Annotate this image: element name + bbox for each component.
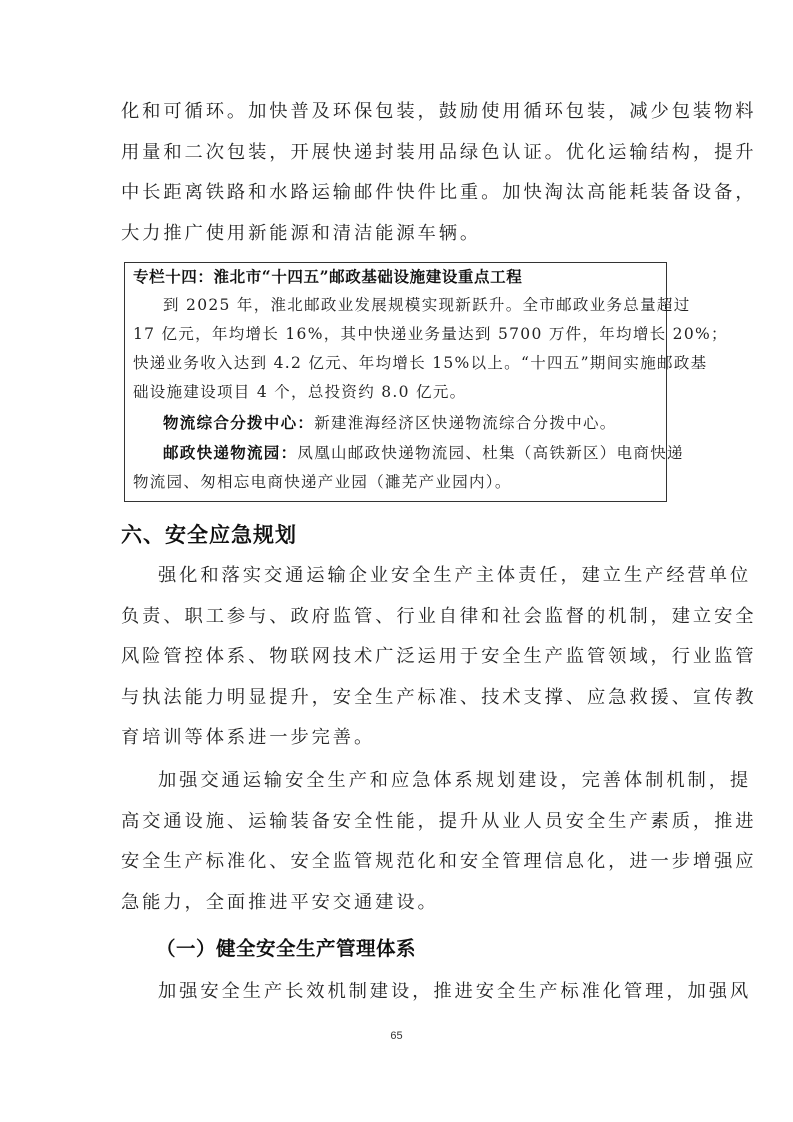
intro-paragraph: 化和可循环。加快普及环保包装，鼓励使用循环包装，减少包装物料 用量和二次包装，开… (121, 92, 671, 254)
section-heading: 六、安全应急规划 (121, 519, 297, 549)
subsection-heading: （一）健全安全生产管理体系 (156, 933, 416, 961)
paragraph-line: 安全生产标准化、安全监管规范化和安全管理信息化，进一步增强应 (121, 842, 671, 883)
paragraph-line: 强化和落实交通运输企业安全生产主体责任，建立生产经营单位 (121, 556, 671, 597)
paragraph-line: 高交通设施、运输装备安全性能，提升从业人员安全生产素质，推进 (121, 802, 671, 843)
page-number: 65 (0, 1030, 793, 1042)
paragraph-line: 大力推广使用新能源和清洁能源车辆。 (121, 214, 671, 255)
box-item-label: 物流综合分拨中心： (163, 413, 314, 432)
box-summary-line: 到 2025 年，淮北邮政业发展规模实现新跃升。全市邮政业务总量超过 (163, 293, 691, 315)
box-item-text-continuation: 物流园、匆相忘电商快递产业园（濉芜产业园内）。 (133, 470, 512, 492)
box-summary-line: 17 亿元，年均增长 16%，其中快递业务量达到 5700 万件，年均增长 20… (133, 322, 728, 344)
section-paragraph-1: 强化和落实交通运输企业安全生产主体责任，建立生产经营单位 负责、职工参与、政府监… (121, 556, 671, 759)
box-item-label: 邮政快递物流园： (163, 443, 297, 462)
section-paragraph-2: 加强交通运输安全生产和应急体系规划建设，完善体制机制，提 高交通设施、运输装备安… (121, 761, 671, 923)
paragraph-line: 中长距离铁路和水路运输邮件快件比重。加快淘汰高能耗装备设备， (121, 173, 671, 214)
box-item-postal-park: 邮政快递物流园：凤凰山邮政快递物流园、杜集（高铁新区）电商快递 (163, 441, 684, 463)
paragraph-line: 加强交通运输安全生产和应急体系规划建设，完善体制机制，提 (121, 761, 671, 802)
box-item-logistics-center: 物流综合分拨中心：新建淮海经济区快递物流综合分拨中心。 (163, 411, 617, 433)
paragraph-line: 急能力，全面推进平安交通建设。 (121, 883, 671, 924)
subsection-paragraph: 加强安全生产长效机制建设，推进安全生产标准化管理，加强风 (121, 972, 671, 1013)
box-item-text: 新建淮海经济区快递物流综合分拨中心。 (314, 414, 616, 432)
paragraph-line: 加强安全生产长效机制建设，推进安全生产标准化管理，加强风 (121, 972, 671, 1013)
paragraph-line: 与执法能力明显提升，安全生产标准、技术支撑、应急救援、宣传教 (121, 678, 671, 719)
box-item-text: 凤凰山邮政快递物流园、杜集（高铁新区）电商快递 (297, 444, 683, 462)
paragraph-line: 化和可循环。加快普及环保包装，鼓励使用循环包装，减少包装物料 (121, 92, 671, 133)
paragraph-line: 育培训等体系进一步完善。 (121, 718, 671, 759)
feature-box-title: 专栏十四：淮北市“十四五”邮政基础设施建设重点工程 (133, 265, 522, 287)
feature-box: 专栏十四：淮北市“十四五”邮政基础设施建设重点工程 到 2025 年，淮北邮政业… (124, 262, 667, 502)
box-summary-line: 快递业务收入达到 4.2 亿元、年均增长 15%以上。“十四五”期间实施邮政基 (133, 351, 707, 373)
box-summary-line: 础设施建设项目 4 个，总投资约 8.0 亿元。 (133, 380, 466, 402)
document-page: 化和可循环。加快普及环保包装，鼓励使用循环包装，减少包装物料 用量和二次包装，开… (0, 0, 793, 1122)
paragraph-line: 负责、职工参与、政府监管、行业自律和社会监督的机制，建立安全 (121, 597, 671, 638)
paragraph-line: 风险管控体系、物联网技术广泛运用于安全生产监管领域，行业监管 (121, 637, 671, 678)
paragraph-line: 用量和二次包装，开展快递封装用品绿色认证。优化运输结构，提升 (121, 133, 671, 174)
